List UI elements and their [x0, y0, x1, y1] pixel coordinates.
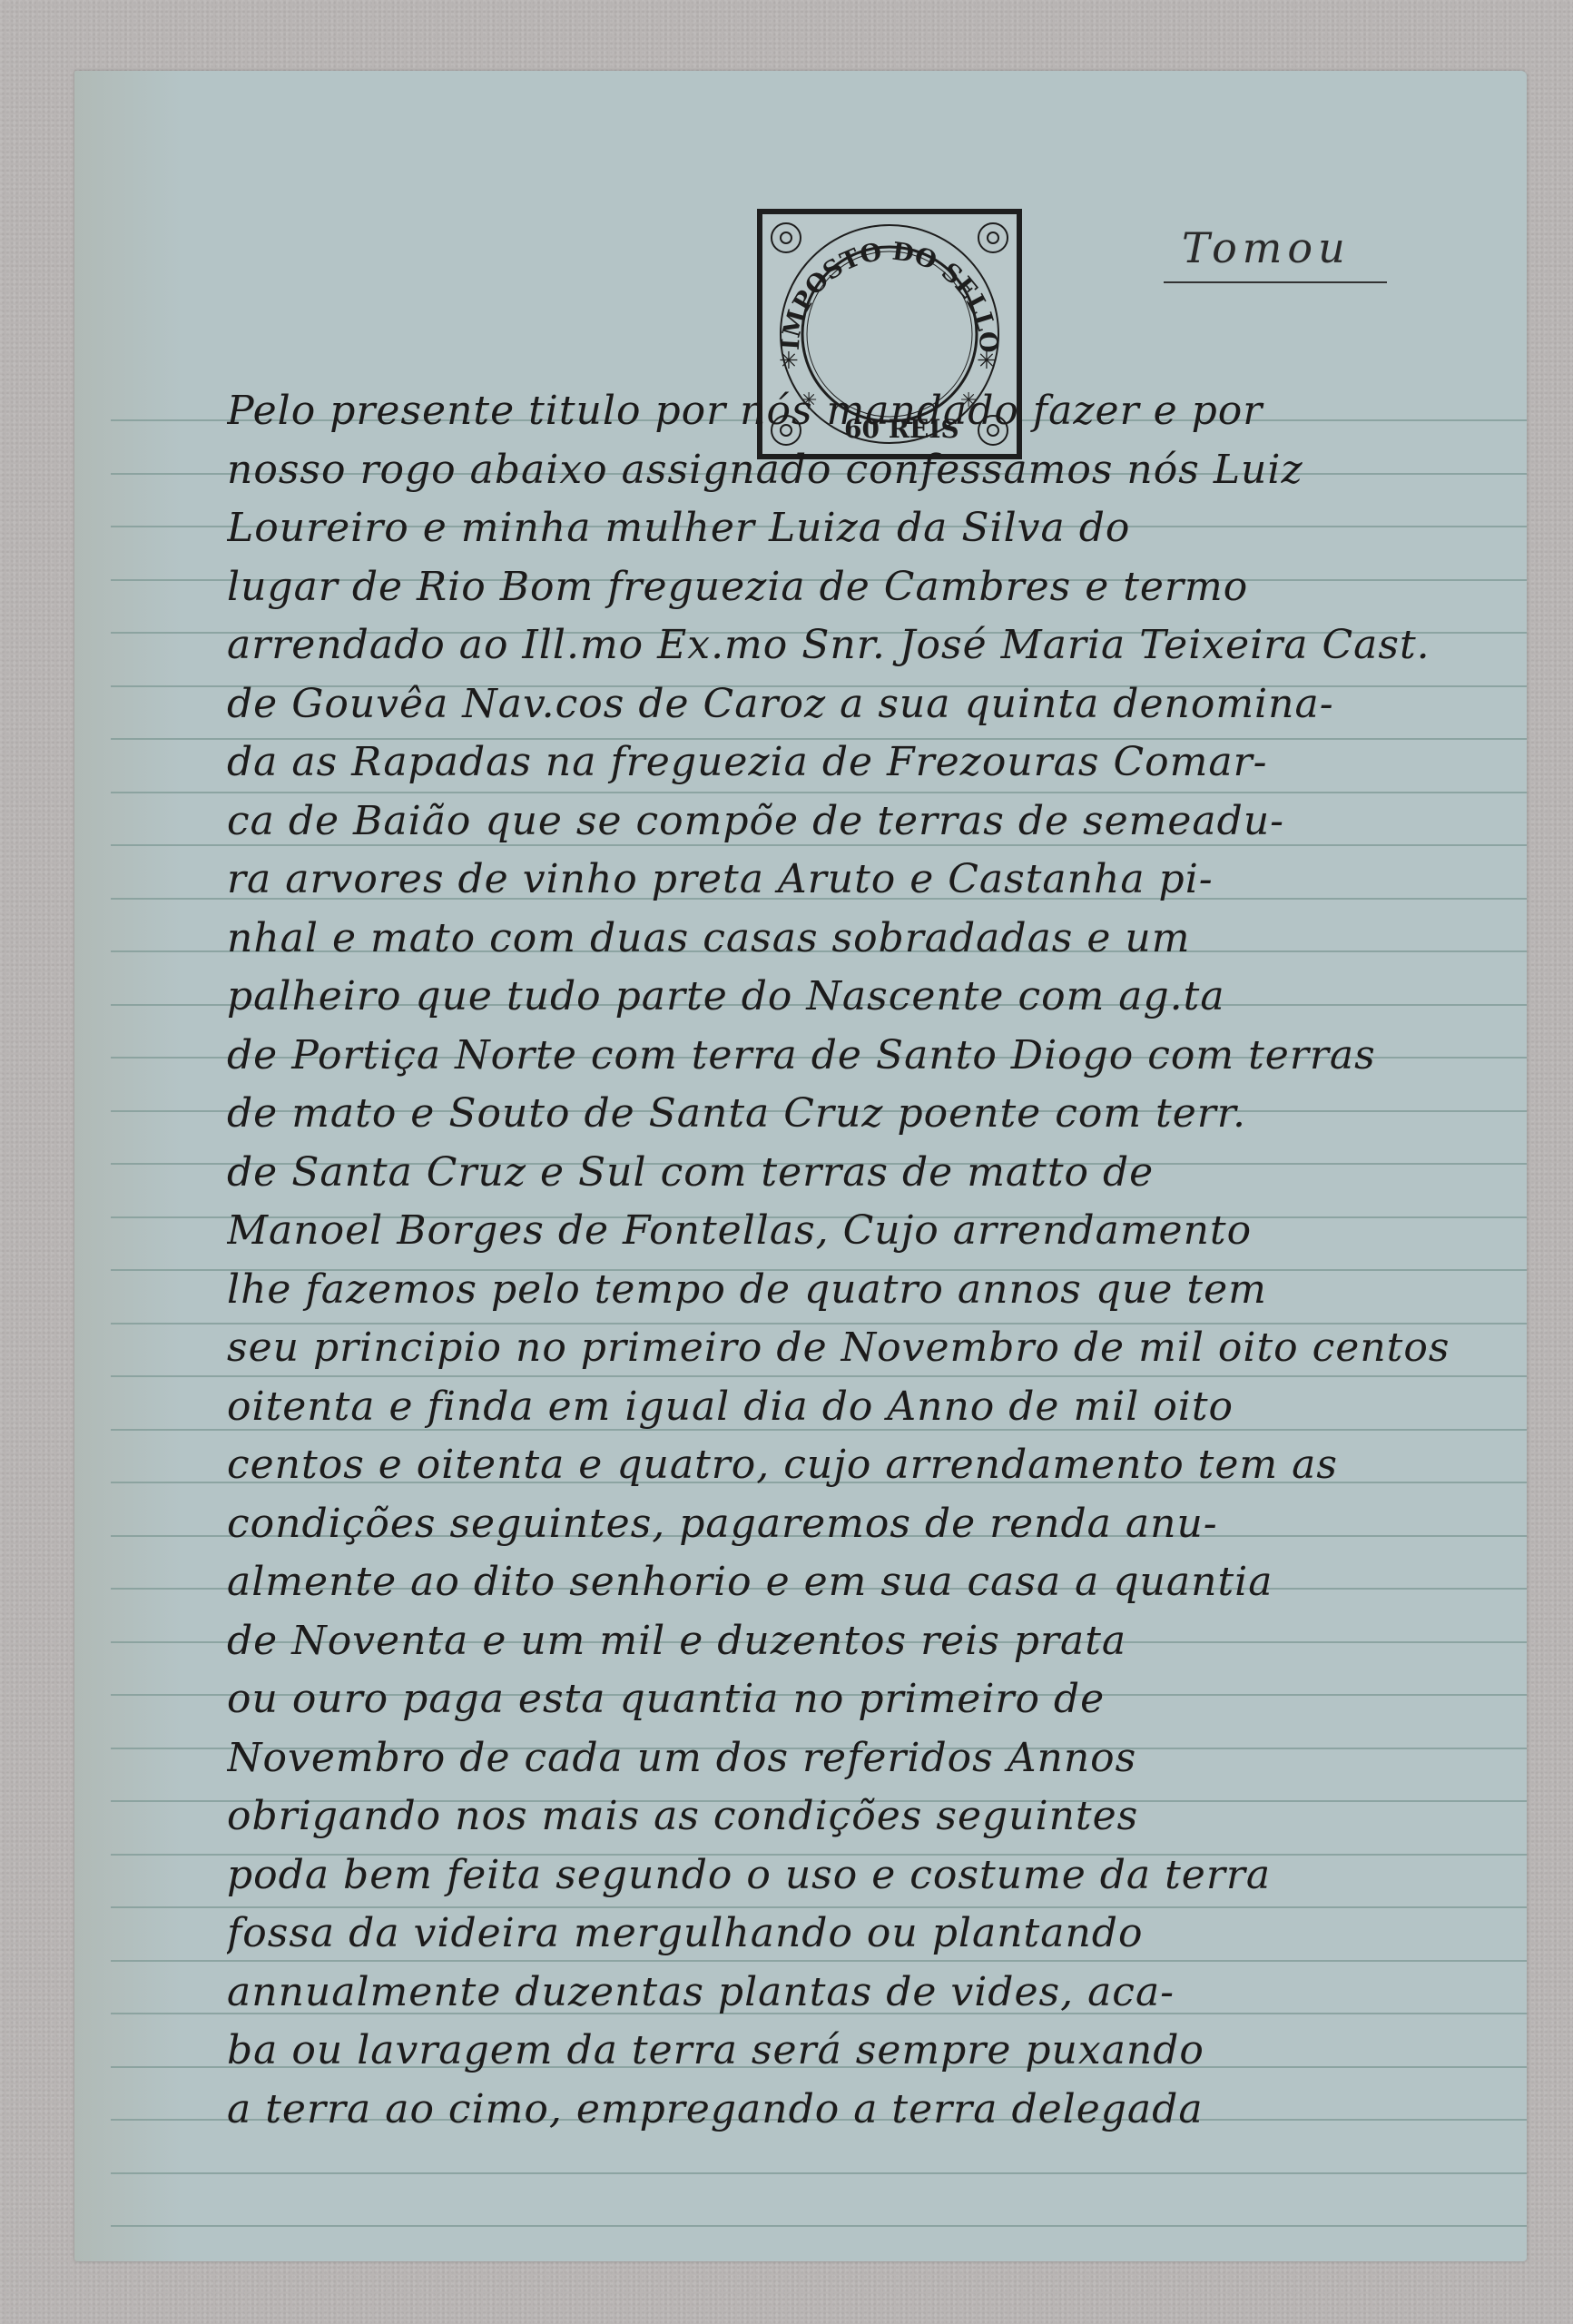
- handwritten-line: Loureiro e minha mulher Luiza da Silva d…: [227, 506, 1498, 551]
- handwritten-line: ra arvores de vinho preta Aruto e Castan…: [227, 857, 1498, 902]
- handwritten-line: arrendado ao Ill.mo Ex.mo Snr. José Mari…: [227, 623, 1498, 668]
- ruled-line: [111, 1906, 1527, 1908]
- handwritten-line: annualmente duzentas plantas de vides, a…: [227, 1970, 1498, 2015]
- handwritten-line: ou ouro paga esta quantia no primeiro de: [227, 1677, 1498, 1722]
- handwritten-line: de Santa Cruz e Sul com terras de matto …: [227, 1150, 1498, 1196]
- handwritten-line: de Noventa e um mil e duzentos reis prat…: [227, 1619, 1498, 1664]
- handwritten-line: ba ou lavragem da terra será sempre puxa…: [227, 2028, 1498, 2073]
- handwritten-line: de Gouvêa Nav.cos de Caroz a sua quinta …: [227, 682, 1498, 727]
- handwritten-line: obrigando nos mais as condições seguinte…: [227, 1794, 1498, 1839]
- handwritten-line: de mato e Souto de Santa Cruz poente com…: [227, 1091, 1498, 1137]
- ruled-line: [111, 792, 1527, 793]
- handwritten-line: almente ao dito senhorio e em sua casa a…: [227, 1560, 1498, 1605]
- ruled-line: [111, 844, 1527, 846]
- ruled-line: [111, 1375, 1527, 1377]
- handwritten-line: de Portiça Norte com terra de Santo Diog…: [227, 1033, 1498, 1078]
- ruled-line: [111, 1323, 1527, 1324]
- handwritten-line: seu principio no primeiro de Novembro de…: [227, 1325, 1498, 1371]
- handwritten-line: condições seguintes, pagaremos de renda …: [227, 1502, 1498, 1547]
- handwritten-line: poda bem feita segundo o uso e costume d…: [227, 1853, 1498, 1898]
- handwritten-line: nhal e mato com duas casas sobradadas e …: [227, 916, 1498, 961]
- handwritten-line: a terra ao cimo, empregando a terra dele…: [227, 2087, 1498, 2132]
- handwritten-line: Pelo presente titulo por nós mandado faz…: [227, 389, 1498, 434]
- svg-text:IMPOSTO DO SELLO: IMPOSTO DO SELLO: [777, 238, 1003, 354]
- handwritten-line: fossa da videira mergulhando ou plantand…: [227, 1911, 1498, 1956]
- corner-annotation: Tomou: [1164, 223, 1387, 283]
- handwritten-line: ca de Baião que se compõe de terras de s…: [227, 799, 1498, 844]
- handwritten-line: nosso rogo abaixo assignado confessamos …: [227, 448, 1498, 493]
- ruled-line: [111, 1960, 1527, 1962]
- ruled-line: [111, 2172, 1527, 2174]
- svg-text:✳: ✳: [779, 348, 799, 375]
- handwritten-line: da as Rapadas na freguezia de Frezouras …: [227, 740, 1498, 785]
- handwritten-line: Manoel Borges de Fontellas, Cujo arrenda…: [227, 1208, 1498, 1254]
- ruled-line: [111, 2225, 1527, 2227]
- handwritten-line: lhe fazemos pelo tempo de quatro annos q…: [227, 1267, 1498, 1313]
- handwritten-line: lugar de Rio Bom freguezia de Cambres e …: [227, 565, 1498, 610]
- handwritten-line: Novembro de cada um dos referidos Annos: [227, 1736, 1498, 1781]
- svg-text:✳: ✳: [977, 348, 997, 375]
- handwritten-line: palheiro que tudo parte do Nascente com …: [227, 974, 1498, 1019]
- handwritten-line: oitenta e finda em igual dia do Anno de …: [227, 1384, 1498, 1430]
- handwritten-line: centos e oitenta e quatro, cujo arrendam…: [227, 1443, 1498, 1488]
